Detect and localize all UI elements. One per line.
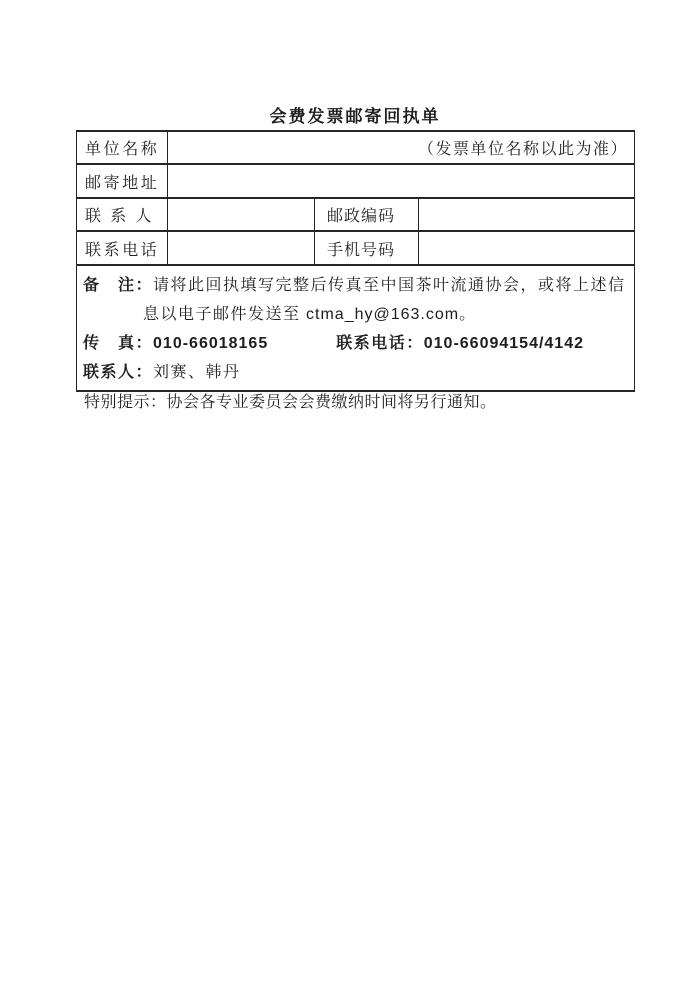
mail-address-label: 邮寄地址	[77, 164, 168, 198]
postal-code-label: 邮政编码	[315, 198, 419, 231]
remarks-line-1: 备 注：请将此回执填写完整后传真至中国茶叶流通协会，或将上述信	[83, 271, 628, 300]
remarks-cell: 备 注：请将此回执填写完整后传真至中国茶叶流通协会，或将上述信 息以电子邮件发送…	[77, 265, 635, 391]
remarks-text-line2-suffix: 。	[459, 306, 477, 323]
table-row-mail-address: 邮寄地址	[77, 164, 635, 198]
postal-code-value-cell	[419, 198, 635, 231]
table-row-contact-phone: 联系电话 手机号码	[77, 231, 635, 265]
contact-person-label: 联 系 人	[77, 198, 168, 231]
document-page: 会费发票邮寄回执单 单位名称 （发票单位名称以此为准） 邮寄地址 联 系 人 邮…	[0, 0, 700, 990]
table-row-contact-person: 联 系 人 邮政编码	[77, 198, 635, 231]
mobile-number-value-cell	[419, 231, 635, 265]
contact-person-value-cell	[168, 198, 315, 231]
page-title: 会费发票邮寄回执单	[76, 102, 634, 127]
fax-label: 传 真：	[83, 335, 153, 352]
remarks-label: 备 注：	[83, 277, 153, 294]
special-notice: 特别提示：协会各专业委员会会费缴纳时间将另行通知。	[84, 392, 497, 414]
table-row-remarks: 备 注：请将此回执填写完整后传真至中国茶叶流通协会，或将上述信 息以电子邮件发送…	[77, 265, 635, 391]
remarks-text-line2: 息以电子邮件发送至	[143, 306, 306, 323]
contact-phone-value-cell	[168, 231, 315, 265]
assoc-phone-label: 联系电话：	[336, 335, 424, 352]
mail-address-value-cell	[168, 164, 635, 198]
remarks-text-line1: 请将此回执填写完整后传真至中国茶叶流通协会，或将上述信	[153, 277, 626, 294]
receipt-form-table: 单位名称 （发票单位名称以此为准） 邮寄地址 联 系 人 邮政编码 联系电话 手…	[76, 130, 635, 392]
remarks-line-fax: 传 真：010-66018165联系电话：010-66094154/4142	[83, 329, 628, 358]
remarks-line-contacts: 联系人：刘赛、韩丹	[83, 358, 628, 387]
unit-name-value-cell: （发票单位名称以此为准）	[168, 131, 635, 164]
assoc-contact-names: 刘赛、韩丹	[153, 364, 241, 381]
remarks-line-2: 息以电子邮件发送至 ctma_hy@163.com。	[83, 300, 628, 329]
email-address: ctma_hy@163.com	[306, 306, 459, 323]
fax-number: 010-66018165	[153, 335, 268, 352]
unit-name-label: 单位名称	[77, 131, 168, 164]
contact-phone-label: 联系电话	[77, 231, 168, 265]
assoc-contact-label: 联系人：	[83, 364, 153, 381]
table-row-unit-name: 单位名称 （发票单位名称以此为准）	[77, 131, 635, 164]
assoc-phone-number: 010-66094154/4142	[424, 335, 584, 352]
mobile-number-label: 手机号码	[315, 231, 419, 265]
